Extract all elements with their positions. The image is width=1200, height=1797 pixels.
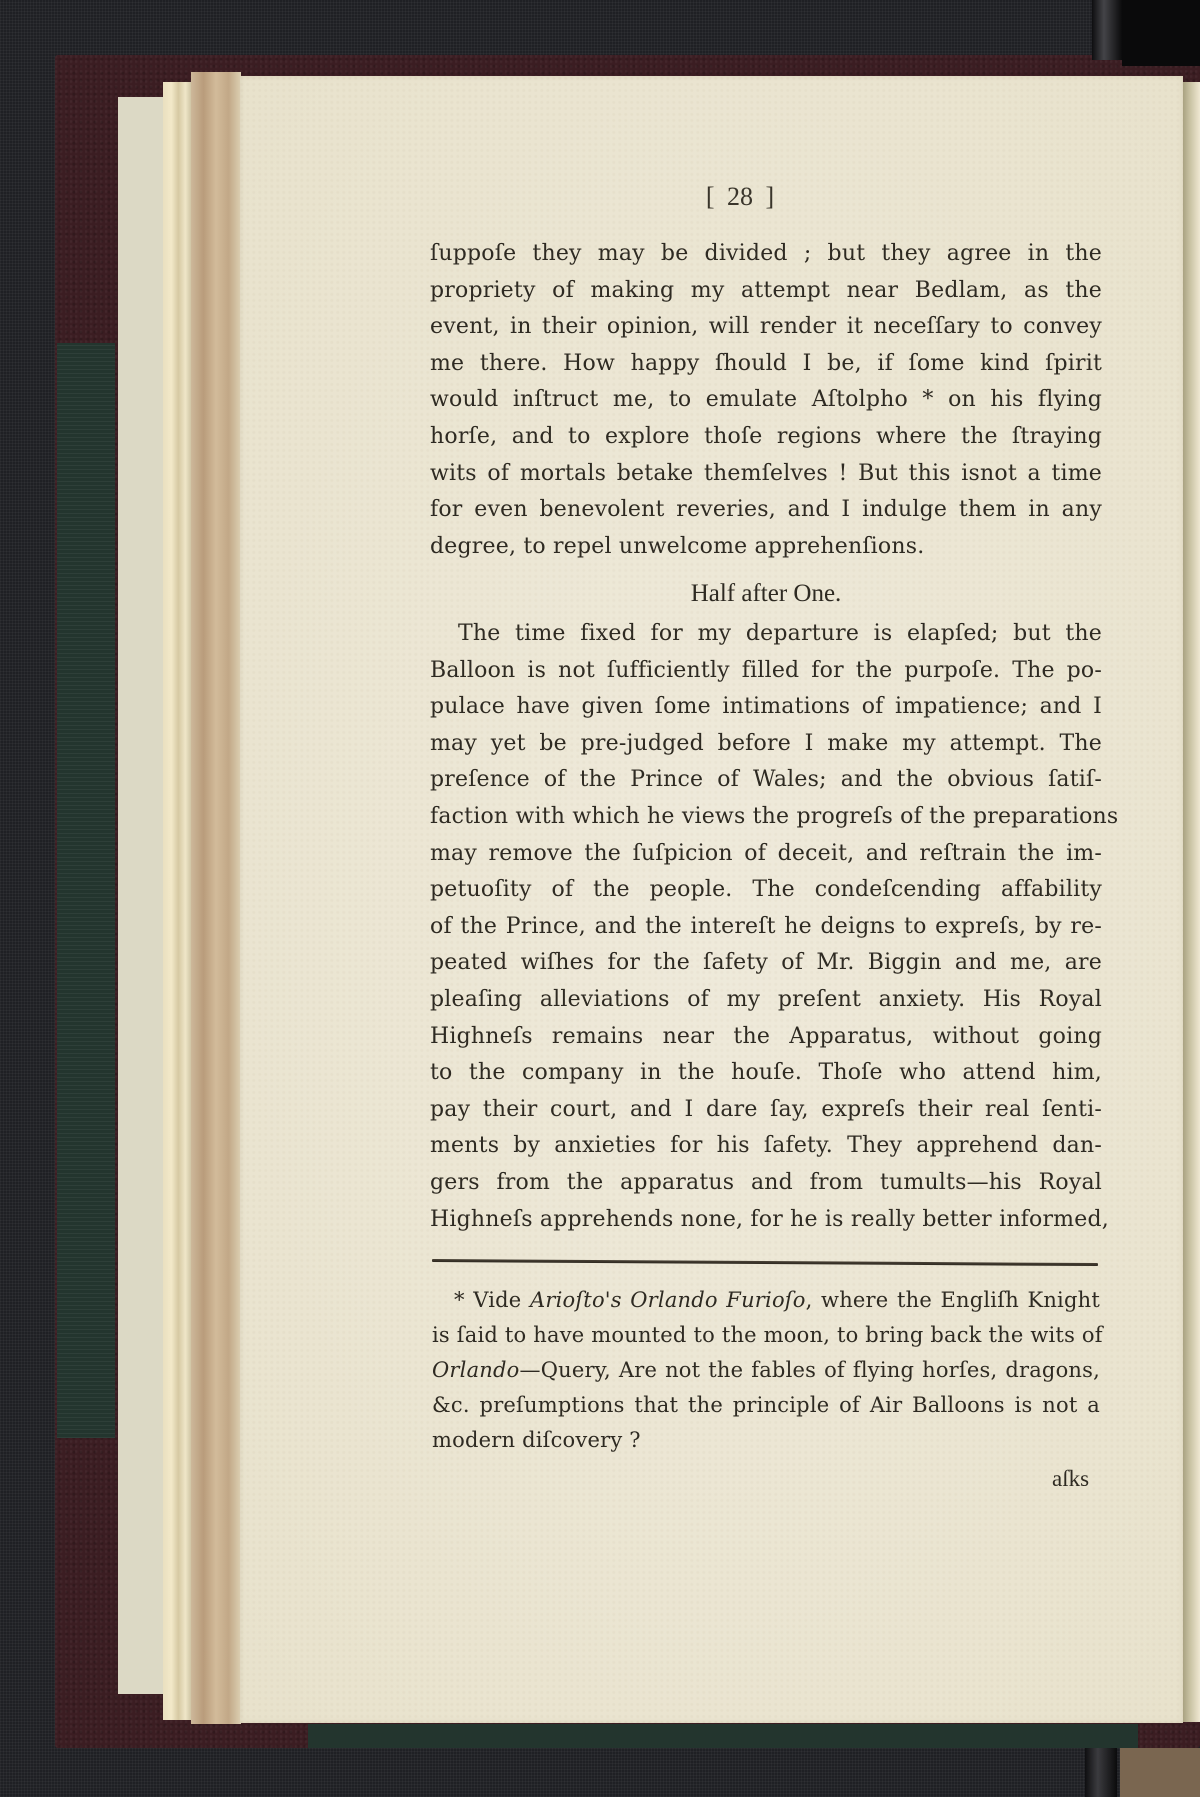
shadow-top-right bbox=[1122, 0, 1200, 66]
text-line: ſuppoſe they may be divided ; but they a… bbox=[430, 236, 1102, 273]
section-heading: Half after One. bbox=[430, 580, 1102, 608]
text-line: peated wiſhes for the ſafety of Mr. Bigg… bbox=[430, 945, 1102, 982]
text-line: may yet be pre-judged before I make my a… bbox=[430, 726, 1102, 763]
text-line: me there. How happy ſhould I be, if ſome… bbox=[430, 346, 1102, 383]
footnote-line: Orlando—Query, Are not the fables of fly… bbox=[432, 1353, 1100, 1388]
text-line: pulace have given ſome intimations of im… bbox=[430, 689, 1102, 726]
text-line: petuoſity of the people. The condeſcendi… bbox=[430, 872, 1102, 909]
text-line: for even benevolent reveries, and I indu… bbox=[430, 492, 1102, 529]
text-line: to the company in the houſe. Thoſe who a… bbox=[430, 1055, 1102, 1092]
page-stack-gilt-edge bbox=[163, 82, 191, 1720]
text-line: may remove the ſuſpicion of deceit, and … bbox=[430, 836, 1102, 873]
footnote-line: is ſaid to have mounted to the moon, to … bbox=[432, 1318, 1100, 1353]
book-weight-top bbox=[1092, 0, 1122, 60]
text-line: propriety of making my attempt near Bedl… bbox=[430, 273, 1102, 310]
footnote-italic-title: Arioſto's Orlando Furioſo bbox=[530, 1288, 806, 1312]
text-line: Highneſs apprehends none, for he is real… bbox=[430, 1202, 1102, 1239]
text-line: gers from the apparatus and from tumults… bbox=[430, 1165, 1102, 1202]
footnote-line: * Vide Arioſto's Orlando Furioſo, where … bbox=[432, 1283, 1100, 1318]
page-number: [ 28 ] bbox=[640, 182, 840, 212]
endpaper-leaf bbox=[118, 97, 164, 1694]
tan-support-bottom bbox=[1120, 1748, 1200, 1797]
page-stack-edge bbox=[191, 72, 241, 1724]
footnote-line: &c. preſumptions that the principle of A… bbox=[432, 1388, 1100, 1423]
text-line: ments by anxieties for his ſafety. They … bbox=[430, 1128, 1102, 1165]
catchword: aſks bbox=[1052, 1466, 1089, 1492]
text-line: degree, to repel unwelcome apprehenſions… bbox=[430, 529, 1102, 566]
footnote-text: , where the Engliſh Knight bbox=[806, 1288, 1100, 1312]
text-line: Highneſs remains near the Apparatus, wit… bbox=[430, 1019, 1102, 1056]
next-leaf-edge bbox=[1183, 82, 1200, 1722]
footnote-text: Vide bbox=[473, 1288, 530, 1312]
text-line: preſence of the Prince of Wales; and the… bbox=[430, 762, 1102, 799]
text-line: event, in their opinion, will render it … bbox=[430, 309, 1102, 346]
text-line: The time fixed for my departure is elapſ… bbox=[430, 616, 1102, 653]
body-paragraph-2: The time fixed for my departure is elapſ… bbox=[430, 616, 1102, 1238]
text-line: pleaſing alleviations of my preſent anxi… bbox=[430, 982, 1102, 1019]
footnote-marker: * bbox=[454, 1288, 465, 1312]
footnote-italic-name: Orlando bbox=[432, 1358, 520, 1382]
text-line: horſe, and to explore thoſe regions wher… bbox=[430, 419, 1102, 456]
text-line: of the Prince, and the intereſt he deign… bbox=[430, 909, 1102, 946]
text-line: faction with which he views the progreſs… bbox=[430, 799, 1102, 836]
text-line: Balloon is not ſufficiently filled for t… bbox=[430, 653, 1102, 690]
book-weight-bottom bbox=[1085, 1748, 1117, 1797]
green-cloth-bottom-edge bbox=[308, 1724, 1138, 1748]
footnote-line: modern diſcovery ? bbox=[432, 1423, 1100, 1458]
green-cloth-spine bbox=[57, 343, 115, 1438]
footnote: * Vide Arioſto's Orlando Furioſo, where … bbox=[432, 1283, 1100, 1458]
text-line: would inſtruct me, to emulate Aſtolpho *… bbox=[430, 382, 1102, 419]
text-line: wits of mortals betake themſelves ! But … bbox=[430, 456, 1102, 493]
text-line: pay their court, and I dare ſay, expreſs… bbox=[430, 1092, 1102, 1129]
footnote-text: —Query, Are not the fables of flying hor… bbox=[520, 1358, 1100, 1382]
body-paragraph-1: ſuppoſe they may be divided ; but they a… bbox=[430, 236, 1102, 565]
